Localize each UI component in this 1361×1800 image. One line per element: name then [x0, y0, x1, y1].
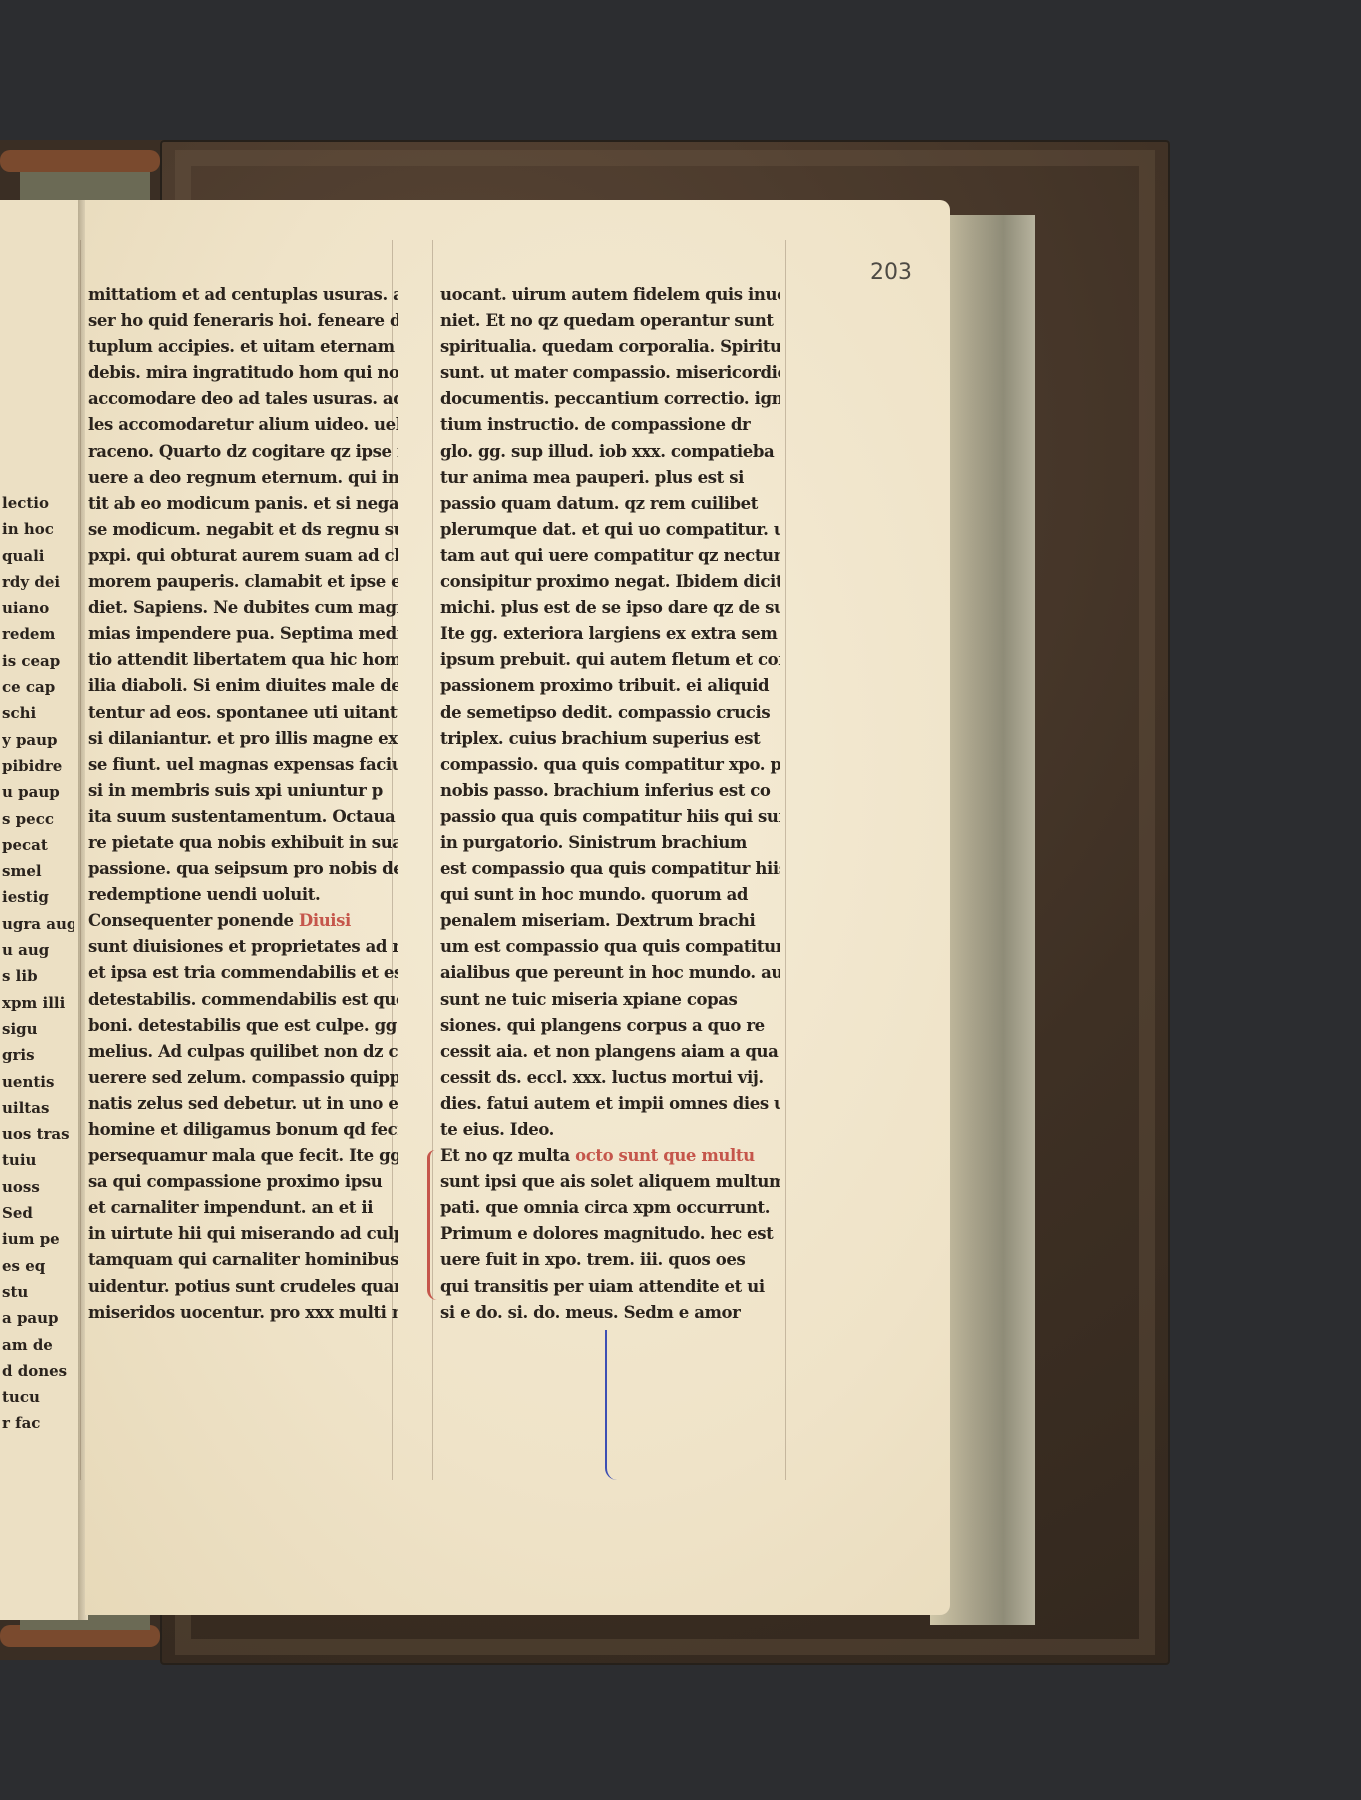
ruling-line — [80, 240, 81, 1480]
text-line: redem — [2, 621, 74, 647]
text-line: y paup — [2, 727, 74, 753]
text-line: uocant. uirum autem fidelem quis inue — [440, 282, 780, 308]
text-line: tamquam qui carnaliter hominibus — [88, 1247, 398, 1273]
text-line: Primum e dolores magnitudo. hec est — [440, 1221, 780, 1247]
text-line: dies. fatui autem et impii omnes dies ui — [440, 1091, 780, 1117]
text-line: uiano — [2, 595, 74, 621]
text-line: debis. mira ingratitudo hom qui nole — [88, 360, 398, 386]
text-line: quali — [2, 543, 74, 569]
text-line: u aug — [2, 937, 74, 963]
ruling-line — [785, 240, 786, 1480]
text-line: si dilaniantur. et pro illis magne expen — [88, 726, 398, 752]
text-line: Ite gg. exteriora largiens ex extra sem — [440, 621, 780, 647]
text-line: rdy dei — [2, 569, 74, 595]
text-line: melius. Ad culpas quilibet non dz compas… — [88, 1039, 398, 1065]
text-line: stu — [2, 1279, 74, 1305]
text-line: tentur ad eos. spontanee uti uitantur. — [88, 700, 398, 726]
text-line: accomodare deo ad tales usuras. ad qua — [88, 386, 398, 412]
text-line: ser ho quid feneraris hoi. feneare do et… — [88, 308, 398, 334]
text-line: detestabilis. commendabilis est que est — [88, 987, 398, 1013]
text-line: smel — [2, 858, 74, 884]
text-line: uidentur. potius sunt crudeles quam — [88, 1274, 398, 1300]
text-line: am de — [2, 1332, 74, 1358]
text-line: re pietate qua nobis exhibuit in sua — [88, 830, 398, 856]
text-line: passio quam datum. qz rem cuilibet — [440, 491, 780, 517]
text-line: niet. Et no qz quedam operantur sunt — [440, 308, 780, 334]
text-line: se modicum. negabit et ds regnu suu. — [88, 517, 398, 543]
red-initial-flourish — [427, 1150, 440, 1300]
text-line: ce cap — [2, 674, 74, 700]
text-line: tit ab eo modicum panis. et si negat de — [88, 491, 398, 517]
text-line: r fac — [2, 1410, 74, 1436]
text-line: passio qua quis compatitur hiis qui sunt — [440, 804, 780, 830]
previous-page-text: lectioin hocqualirdy deiuianoredemis cea… — [2, 490, 74, 1437]
text-line: mittatiom et ad centuplas usuras. ad — [88, 282, 398, 308]
headband-top — [20, 172, 150, 202]
left-text-column: mittatiom et ad centuplas usuras. adser … — [88, 282, 398, 1326]
text-line: sunt ipsi que ais solet aliquem multum c… — [440, 1169, 780, 1195]
text-line: morem pauperis. clamabit et ipse et non … — [88, 569, 398, 595]
text-line: in uirtute hii qui miserando ad culpam — [88, 1221, 398, 1247]
text-line: Consequenter ponende Diuisi — [88, 908, 398, 934]
text-line: gris — [2, 1042, 74, 1068]
text-line: s lib — [2, 963, 74, 989]
text-line: homine et diligamus bonum qd fecit — [88, 1117, 398, 1143]
text-line: s pecc — [2, 806, 74, 832]
text-line: tium instructio. de compassione dr — [440, 412, 780, 438]
text-line: qui sunt in hoc mundo. quorum ad — [440, 882, 780, 908]
text-line: in purgatorio. Sinistrum brachium — [440, 830, 780, 856]
text-line: les accomodaretur alium uideo. uel sar — [88, 412, 398, 438]
text-line: a paup — [2, 1305, 74, 1331]
text-line: tio attendit libertatem qua hic homines … — [88, 647, 398, 673]
text-line: ipsum prebuit. qui autem fletum et com — [440, 647, 780, 673]
text-line: pxpi. qui obturat aurem suam ad cla — [88, 543, 398, 569]
folio-number: 203 — [870, 260, 912, 285]
text-line: u paup — [2, 779, 74, 805]
text-line: tucu — [2, 1384, 74, 1410]
text-line: xpm illi — [2, 990, 74, 1016]
text-line: tuiu — [2, 1147, 74, 1173]
text-line: est compassio qua quis compatitur hiis — [440, 856, 780, 882]
text-line: boni. detestabilis que est culpe. gg. — [88, 1013, 398, 1039]
text-line: sunt. ut mater compassio. misericordie — [440, 360, 780, 386]
text-line: Et no qz multa octo sunt que multu — [440, 1143, 780, 1169]
text-line: natis zelus sed debetur. ut in uno eode — [88, 1091, 398, 1117]
text-line: uiltas — [2, 1095, 74, 1121]
text-line: Sed — [2, 1200, 74, 1226]
text-line: consipitur proximo negat. Ibidem dicit — [440, 569, 780, 595]
text-line: in hoc — [2, 516, 74, 542]
text-line: et ipsa est tria commendabilis et est un… — [88, 960, 398, 986]
text-line: ium pe — [2, 1226, 74, 1252]
text-line: passionem proximo tribuit. ei aliquid — [440, 673, 780, 699]
text-line: pibidre — [2, 753, 74, 779]
text-line: d dones — [2, 1358, 74, 1384]
text-line: es eq — [2, 1253, 74, 1279]
text-line: persequamur mala que fecit. Ite gg. fal — [88, 1143, 398, 1169]
previous-page: lectioin hocqualirdy deiuianoredemis cea… — [0, 200, 78, 1620]
text-line: qui transitis per uiam attendite et ui — [440, 1274, 780, 1300]
text-line: et carnaliter impendunt. an et ii — [88, 1195, 398, 1221]
text-line: glo. gg. sup illud. iob xxx. compatieba — [440, 439, 780, 465]
text-line: michi. plus est de se ipso dare qz de su… — [440, 595, 780, 621]
text-line: compassio. qua quis compatitur xpo. p — [440, 752, 780, 778]
blue-initial-flourish — [605, 1330, 621, 1480]
spine-band-top — [0, 150, 160, 172]
text-line: cessit aia. et non plangens aiam a qua r… — [440, 1039, 780, 1065]
text-line: diet. Sapiens. Ne dubites cum magna — [88, 595, 398, 621]
text-line: uos tras — [2, 1121, 74, 1147]
text-line: te eius. Ideo. — [440, 1117, 780, 1143]
text-line: sunt ne tuic miseria xpiane copas — [440, 987, 780, 1013]
text-line: miseridos uocentur. pro xxx multi miseri… — [88, 1300, 398, 1326]
text-line: uoss — [2, 1174, 74, 1200]
text-line: si in membris suis xpi uniuntur p — [88, 778, 398, 804]
text-line: mias impendere pua. Septima medita — [88, 621, 398, 647]
text-line: redemptione uendi uoluit. — [88, 882, 398, 908]
text-line: passione. qua seipsum pro nobis dedit et… — [88, 856, 398, 882]
text-line: raceno. Quarto dz cogitare qz ipse fit — [88, 439, 398, 465]
rubric-text: octo sunt que multu — [570, 1146, 755, 1165]
text-line: um est compassio qua quis compatitur — [440, 934, 780, 960]
text-line: tuplum accipies. et uitam eternam possi — [88, 334, 398, 360]
text-line: documentis. peccantium correctio. ignora… — [440, 386, 780, 412]
text-line: pecat — [2, 832, 74, 858]
text-line: ugra aug — [2, 911, 74, 937]
text-line: ita suum sustentamentum. Octaua attende — [88, 804, 398, 830]
text-line: uentis — [2, 1069, 74, 1095]
text-line: si e do. si. do. meus. Sedm e amor — [440, 1300, 780, 1326]
text-line: de semetipso dedit. compassio crucis — [440, 700, 780, 726]
text-line: tam aut qui uere compatitur qz nectum — [440, 543, 780, 569]
text-line: sigu — [2, 1016, 74, 1042]
text-line: ilia diaboli. Si enim diuites male de — [88, 673, 398, 699]
text-line: pati. que omnia circa xpm occurrunt. — [440, 1195, 780, 1221]
text-line: spiritualia. quedam corporalia. Spiritua… — [440, 334, 780, 360]
rubric-text: Diuisi — [294, 911, 351, 930]
text-line: is ceap — [2, 648, 74, 674]
text-line: uere a deo regnum eternum. qui in pe — [88, 465, 398, 491]
text-line: iestig — [2, 884, 74, 910]
text-line: tur anima mea pauperi. plus est si — [440, 465, 780, 491]
text-line: uerere sed zelum. compassio quippe hoi — [88, 1065, 398, 1091]
right-text-column: uocant. uirum autem fidelem quis inuenie… — [440, 282, 780, 1326]
text-line: siones. qui plangens corpus a quo re — [440, 1013, 780, 1039]
text-line: plerumque dat. et qui uo compatitur. ui — [440, 517, 780, 543]
text-line: sunt diuisiones et proprietates ad miser… — [88, 934, 398, 960]
text-line: nobis passo. brachium inferius est co — [440, 778, 780, 804]
text-line: lectio — [2, 490, 74, 516]
text-line: se fiunt. uel magnas expensas faciunt. — [88, 752, 398, 778]
text-line: sa qui compassione proximo ipsu — [88, 1169, 398, 1195]
text-line: schi — [2, 700, 74, 726]
text-line: aialibus que pereunt in hoc mundo. aug. — [440, 960, 780, 986]
text-line: triplex. cuius brachium superius est — [440, 726, 780, 752]
text-line: uere fuit in xpo. trem. iii. quos oes — [440, 1247, 780, 1273]
text-line: cessit ds. eccl. xxx. luctus mortui vij. — [440, 1065, 780, 1091]
text-line: penalem miseriam. Dextrum brachi — [440, 908, 780, 934]
